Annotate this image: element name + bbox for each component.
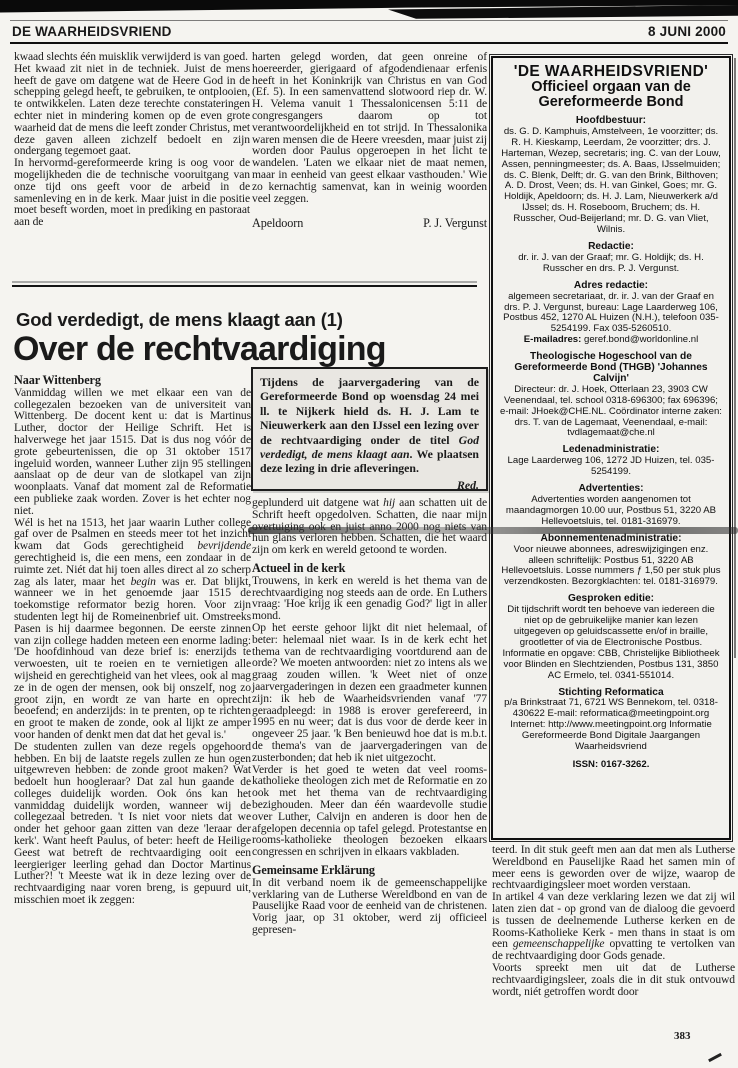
colophon-body: Advertenties worden aangenomen tot maand… (500, 495, 722, 528)
colophon-email-line: E-mailadres: geref.bond@worldonline.nl (500, 335, 722, 346)
colophon-body: Dit tijdschrift wordt ten behoeve van ie… (500, 605, 722, 681)
signoff: Apeldoorn P. J. Vergunst (252, 218, 487, 230)
masthead-bottom-rule (10, 42, 728, 44)
colophon-body: ds. G. D. Kamphuis, Amstelveen, 1e voorz… (500, 127, 722, 236)
colophon-heading-abonnementen: Abonnementenadministratie: (500, 534, 722, 545)
section-divider-rule (12, 285, 477, 287)
colophon-body: algemeen secretariaat, dr. ir. J. van de… (500, 292, 722, 336)
paragraph: teerd. In dit stuk geeft men aan dat men… (492, 844, 735, 891)
colophon-heading-adres-redactie: Adres redactie: (500, 281, 722, 292)
email-value: geref.bond@worldonline.nl (584, 334, 698, 345)
colophon-subtitle-line2: Gereformeerde Bond (500, 95, 722, 110)
scan-artifact-smudge-line (248, 527, 738, 534)
paragraph: Verder is het goed te weten dat veel roo… (252, 764, 487, 858)
article-kicker: God verdedigt, de mens klaagt aan (1) (16, 309, 343, 331)
colophon-subtitle-line1: Officieel orgaan van de (500, 80, 722, 95)
paragraph: In artikel 4 van deze verklaring lezen w… (492, 891, 735, 962)
paragraph: Trouwens, in kerk en wereld is het thema… (252, 575, 487, 622)
article-column-2: geplunderd uit datgene wat hij aan schat… (252, 497, 487, 936)
colophon-body: Lage Laarderweg 106, 1272 JD Huizen, tel… (500, 456, 722, 478)
issue-date: 8 JUNI 2000 (648, 24, 726, 39)
signoff-place: Apeldoorn (252, 218, 303, 230)
article-intro-box: Tijdens de jaarvergadering van de Gerefo… (251, 367, 488, 491)
top-column-right: harten gelegd worden, dat geen onreine o… (252, 51, 487, 230)
colophon-body: dr. ir. J. van der Graaf; mr. G. Holdijk… (500, 253, 722, 275)
issn-number: ISSN: 0167-3262. (500, 760, 722, 771)
scan-artifact-right-edge (734, 58, 736, 658)
masthead-top-rule (10, 20, 728, 21)
text-run: Tijdens de jaarvergadering van de Gerefo… (260, 375, 479, 447)
colophon-body: Directeur: dr. J. Hoek, Otterlaan 23, 39… (500, 385, 722, 440)
paragraph: Op het eerste gehoor lijkt dit niet hele… (252, 622, 487, 764)
subhead-gemeinsame-erklaerung: Gemeinsame Erklärung (252, 865, 487, 877)
email-label: E-mailadres: (524, 334, 582, 345)
newspaper-page: DE WAARHEIDSVRIEND 8 JUNI 2000 kwaad sle… (0, 0, 738, 1068)
paragraph: Voorts spreekt men uit dat de Lutherse r… (492, 962, 735, 997)
intro-box-signature: Red. (260, 478, 479, 492)
colophon-title: 'DE WAARHEIDSVRIEND' (500, 64, 722, 80)
colophon-body: Voor nieuwe abonnees, adreswijzigingen e… (500, 545, 722, 589)
colophon-body: p/a Brinkstraat 71, 6721 WS Bennekom, te… (500, 698, 722, 753)
paragraph: Het kwaad zit niet in de techniek. Juist… (14, 63, 250, 157)
article-column-3: teerd. In dit stuk geeft men aan dat men… (492, 844, 735, 997)
subhead-actueel-in-de-kerk: Actueel in de kerk (252, 563, 487, 575)
paragraph: Wél is het na 1513, het jaar waarin Luth… (14, 517, 251, 741)
intro-box-text: Tijdens de jaarvergadering van de Gerefo… (260, 375, 479, 476)
paragraph: In hervormd-gereformeerde kring is oog v… (14, 157, 250, 228)
paragraph: In dit verband noem ik de gemeenschappel… (252, 877, 487, 936)
scan-artifact-corner-mark (708, 1053, 722, 1062)
article-column-1: Naar Wittenberg Vanmiddag willen we met … (14, 375, 251, 906)
publication-title: DE WAARHEIDSVRIEND (12, 24, 172, 39)
article-headline: Over de rechtvaardiging (13, 330, 386, 369)
colophon-box: 'DE WAARHEIDSVRIEND' Officieel orgaan va… (491, 56, 731, 840)
colophon-heading-thgb: Theologische Hogeschool van de Gereforme… (500, 352, 722, 385)
page-number: 383 (674, 1030, 691, 1042)
top-column-left: kwaad slechts één muisklik verwijderd is… (14, 51, 250, 228)
text-run: was er. Dat blijkt, wanneer we in het ge… (14, 575, 251, 741)
signoff-author: P. J. Vergunst (423, 218, 487, 230)
masthead: DE WAARHEIDSVRIEND 8 JUNI 2000 (12, 24, 726, 39)
paragraph: Vanmiddag willen we met elkaar een van d… (14, 387, 251, 517)
paragraph: harten gelegd worden, dat geen onreine o… (252, 51, 487, 204)
paragraph: De studenten zullen van deze regels opge… (14, 741, 251, 906)
